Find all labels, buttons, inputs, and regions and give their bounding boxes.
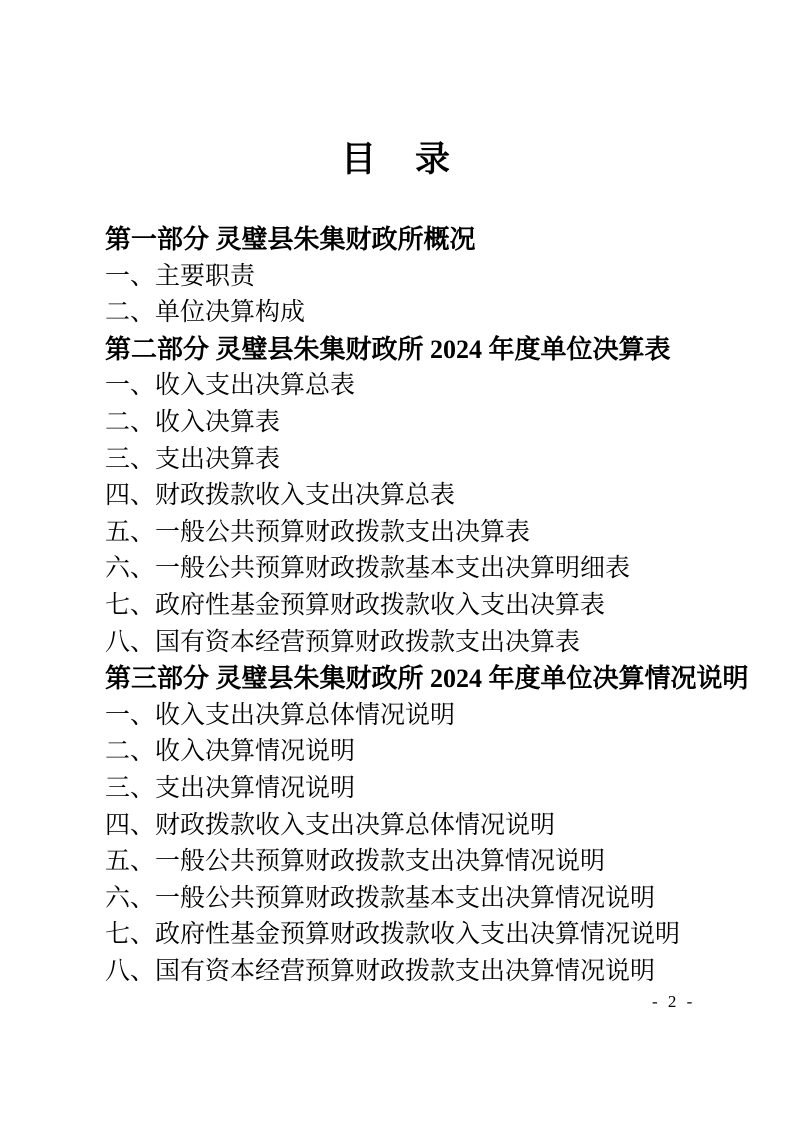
toc-section-1: 第一部分 灵璧县朱集财政所概况 一、主要职责 二、单位决算构成 [105,222,753,332]
toc-item: 七、政府性基金预算财政拨款收入支出决算情况说明 [105,917,753,954]
toc-item: 八、国有资本经营预算财政拨款支出决算情况说明 [105,954,753,991]
toc-section-3: 第三部分 灵璧县朱集财政所 2024 年度单位决算情况说明 一、收入支出决算总体… [105,661,753,990]
toc-item: 二、收入决算表 [105,405,753,442]
toc-section-heading: 第二部分 灵璧县朱集财政所 2024 年度单位决算表 [105,332,753,369]
toc-section-2: 第二部分 灵璧县朱集财政所 2024 年度单位决算表 一、收入支出决算总表 二、… [105,332,753,661]
toc-item: 五、一般公共预算财政拨款支出决算表 [105,515,753,552]
toc-section-heading: 第三部分 灵璧县朱集财政所 2024 年度单位决算情况说明 [105,661,753,698]
toc-item: 六、一般公共预算财政拨款基本支出决算明细表 [105,551,753,588]
toc-item: 三、支出决算情况说明 [105,771,753,808]
toc-item: 五、一般公共预算财政拨款支出决算情况说明 [105,844,753,881]
toc-item: 六、一般公共预算财政拨款基本支出决算情况说明 [105,881,753,918]
page-number: - 2 - [652,992,695,1012]
document-page: 目 录 第一部分 灵璧县朱集财政所概况 一、主要职责 二、单位决算构成 第二部分… [0,0,793,1122]
toc-item: 一、收入支出决算总体情况说明 [105,698,753,735]
toc-item: 七、政府性基金预算财政拨款收入支出决算表 [105,588,753,625]
toc-item: 八、国有资本经营预算财政拨款支出决算表 [105,625,753,662]
toc-item: 四、财政拨款收入支出决算总表 [105,478,753,515]
toc-item: 三、支出决算表 [105,442,753,479]
toc-item: 一、主要职责 [105,259,753,296]
table-of-contents: 第一部分 灵璧县朱集财政所概况 一、主要职责 二、单位决算构成 第二部分 灵璧县… [105,222,753,990]
toc-item: 四、财政拨款收入支出决算总体情况说明 [105,808,753,845]
toc-item: 一、收入支出决算总表 [105,368,753,405]
toc-section-heading: 第一部分 灵璧县朱集财政所概况 [105,222,753,259]
toc-item: 二、收入决算情况说明 [105,734,753,771]
toc-item: 二、单位决算构成 [105,295,753,332]
page-title: 目 录 [0,138,793,182]
